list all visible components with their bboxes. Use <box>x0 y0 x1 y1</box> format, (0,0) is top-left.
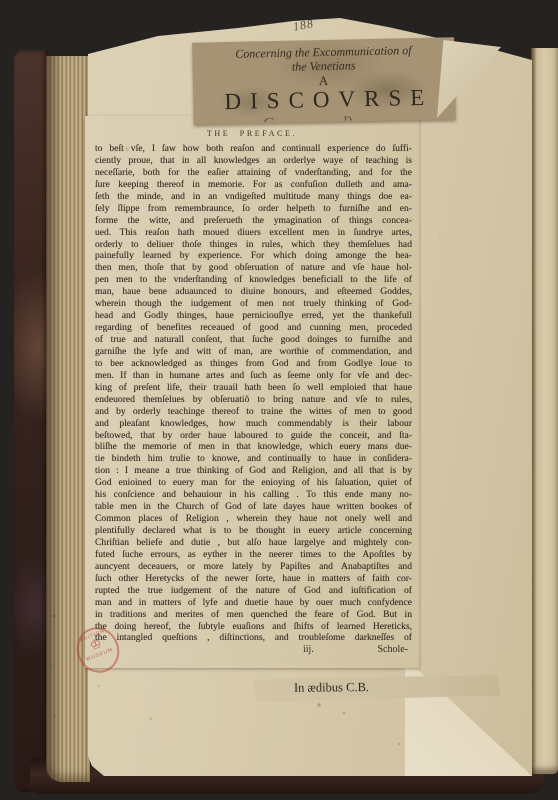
text-line: garniſhe the lyfe and witt of man, are w… <box>95 346 412 358</box>
text-line: Common places of Religion , wherein they… <box>95 513 412 525</box>
text-line: to bee acknowledged as thinges from God … <box>95 358 412 370</box>
text-line: ſuch other Heretycks of the newer ſorte,… <box>95 573 412 585</box>
text-line: in traditions and merites of men quenche… <box>95 609 412 621</box>
text-line: table men in the Church of God of late d… <box>95 501 412 513</box>
text-line: Chriſtian beliefe and dutie , but alſo h… <box>95 537 412 549</box>
text-line: regarding of benefites receaued of good … <box>95 322 412 334</box>
catchword: Schole- <box>377 644 408 655</box>
text-line: God enioined to euery man for the enioyi… <box>95 477 412 489</box>
text-line: the intangled queſtions , diſtinctions, … <box>95 632 412 644</box>
text-line: his conſcience and behauiour in his call… <box>95 489 412 501</box>
text-line: plentifully declared what is to be thoug… <box>95 525 412 537</box>
text-line: then men, thoſe that by good obſeruation… <box>95 262 412 274</box>
text-line: of true and naturall conſent, that ſuche… <box>95 334 412 346</box>
next-page-edge <box>531 48 558 774</box>
text-line: futed ſuche errours, as eyther in the ne… <box>95 549 412 561</box>
direction-line: iij. Schole- <box>95 644 412 657</box>
text-line: head and Godly thinges, haue perniciouſl… <box>95 310 412 322</box>
text-line: ſure keeping thereof in memorie. For as … <box>95 179 412 191</box>
text-line: and pleaſant knowledges, how much commen… <box>95 418 412 430</box>
text-line: man, haue bene aduaunced to diuine honou… <box>95 286 412 298</box>
text-line: to beſt vſe, I ſaw how both reaſon and c… <box>95 143 412 155</box>
page-block-edges <box>46 56 90 782</box>
text-line: endeuored themſelues by obſeruatiõ to br… <box>95 394 412 406</box>
book-photograph: 188 THE PREFACE. to beſt vſe, I ſaw how … <box>0 0 558 800</box>
text-line: ſeth the minde, and in an vndigeſted mul… <box>95 191 412 203</box>
text-line: men. If than in humane artes and ſuch as… <box>95 370 412 382</box>
text-line: the doing hereof, the ſubtyle euaſions a… <box>95 621 412 633</box>
text-line: king of preſent life, their trauail hath… <box>95 382 412 394</box>
text-line: wherein though the iudgement of men not … <box>95 298 412 310</box>
signature-mark: iij. <box>303 644 314 655</box>
preface-body-text: to beſt vſe, I ſaw how both reaſon and c… <box>95 143 412 644</box>
text-line: rupted the true iudgement of the nature … <box>95 585 412 597</box>
text-line: tie bindeth him trulie to knowe, and con… <box>95 453 412 465</box>
imprint-text: In ædibus C.B. <box>294 680 369 696</box>
text-line: bliſhe the memorie of men in that knowle… <box>95 441 412 453</box>
printed-preface-leaf: THE PREFACE. to beſt vſe, I ſaw how both… <box>85 116 419 668</box>
text-line: neceſſarie, both for the eaſier attainin… <box>95 167 412 179</box>
text-line: painefully learned by experience. For wh… <box>95 250 412 262</box>
text-line: auncyent deceauers, or more lately by Pa… <box>95 561 412 573</box>
text-line: orderly to deliuer thoſe thinges in rule… <box>95 239 412 251</box>
text-line: man and in matters of lyfe and duetie ha… <box>95 597 412 609</box>
text-line: ued. This reaſon hath moued diuers excel… <box>95 227 412 239</box>
running-header: THE PREFACE. <box>85 129 419 138</box>
text-line: ciently proue, that in all knowledges an… <box>95 155 412 167</box>
text-line: ſely ſlippe from remembraunce, ſo order … <box>95 203 412 215</box>
text-line: forme the witte, and preſerueth the ymag… <box>95 215 412 227</box>
text-line: pen men to the vnderſtanding of knowledg… <box>95 274 412 286</box>
text-line: and by orderly teachinge thereof to trai… <box>95 406 412 418</box>
pasted-title-label: Concerning the Excommunication of the Ve… <box>192 37 456 124</box>
text-line: beſtowed, that by order haue laboured to… <box>95 430 412 442</box>
text-line: tion : I meane a true thinking of God an… <box>95 465 412 477</box>
book-spine-leather <box>14 50 48 792</box>
